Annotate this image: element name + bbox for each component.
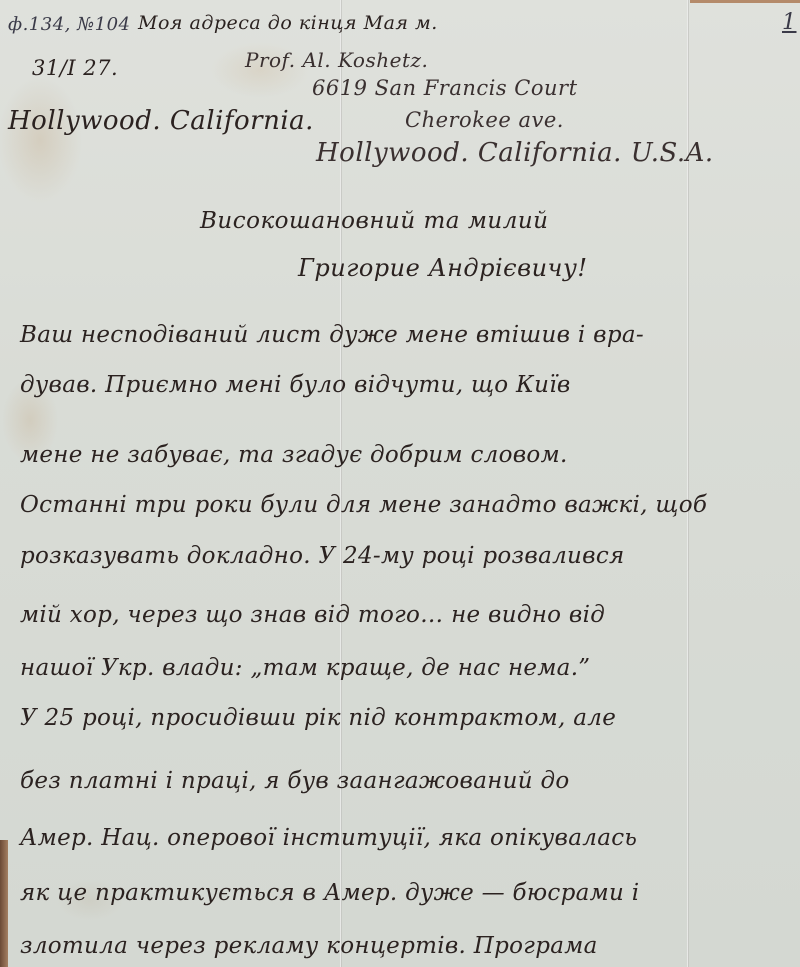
sender-name: Prof. Al. Koshetz.: [245, 48, 428, 72]
paper-top-edge: [690, 0, 800, 3]
archive-reference: ф.134, №104: [8, 14, 131, 35]
body-line: дував. Приємно мені було відчути, що Киї…: [20, 372, 571, 398]
sender-address-line: Hollywood. California. U.S.A.: [316, 138, 714, 168]
archive-note: Моя адреса до кінця Мая м.: [138, 12, 438, 34]
body-line: розказувать докладно. У 24-му році розва…: [20, 543, 625, 569]
body-line: як це практикується в Амер. дуже — бюсра…: [20, 880, 639, 906]
paper-left-edge: [0, 840, 8, 967]
letter-page: ф.134, №104 Моя адреса до кінця Мая м. 1…: [0, 0, 800, 967]
body-line: Ваш несподіваний лист дуже мене втішив і…: [20, 322, 644, 348]
page-number: 1: [782, 10, 797, 35]
letter-date: 31/I 27.: [32, 56, 118, 80]
body-line: Останні три роки були для мене занадто в…: [20, 492, 707, 518]
body-line: У 25 році, просидівши рік під контрактом…: [20, 705, 616, 731]
body-line: мій хор, через що знав від того… не видн…: [20, 602, 605, 628]
sender-address-line: 6619 San Francis Court: [312, 76, 578, 100]
salutation-line: Григорие Андрієвичу!: [298, 254, 588, 282]
body-line: без платні і праці, я був заангажований …: [20, 768, 570, 794]
body-line: мене не забуває, та згадує добрим словом…: [20, 442, 568, 468]
body-line: нашої Укр. влади: „там краще, де нас нем…: [20, 655, 590, 681]
body-line: Амер. Нац. оперової інституції, яка опік…: [20, 825, 637, 851]
sender-address-line: Cherokee ave.: [405, 108, 564, 132]
letter-place: Hollywood. California.: [8, 106, 314, 136]
body-line: злотила через рекламу концертів. Програм…: [20, 933, 598, 959]
salutation-line: Високошановний та милий: [200, 208, 548, 234]
